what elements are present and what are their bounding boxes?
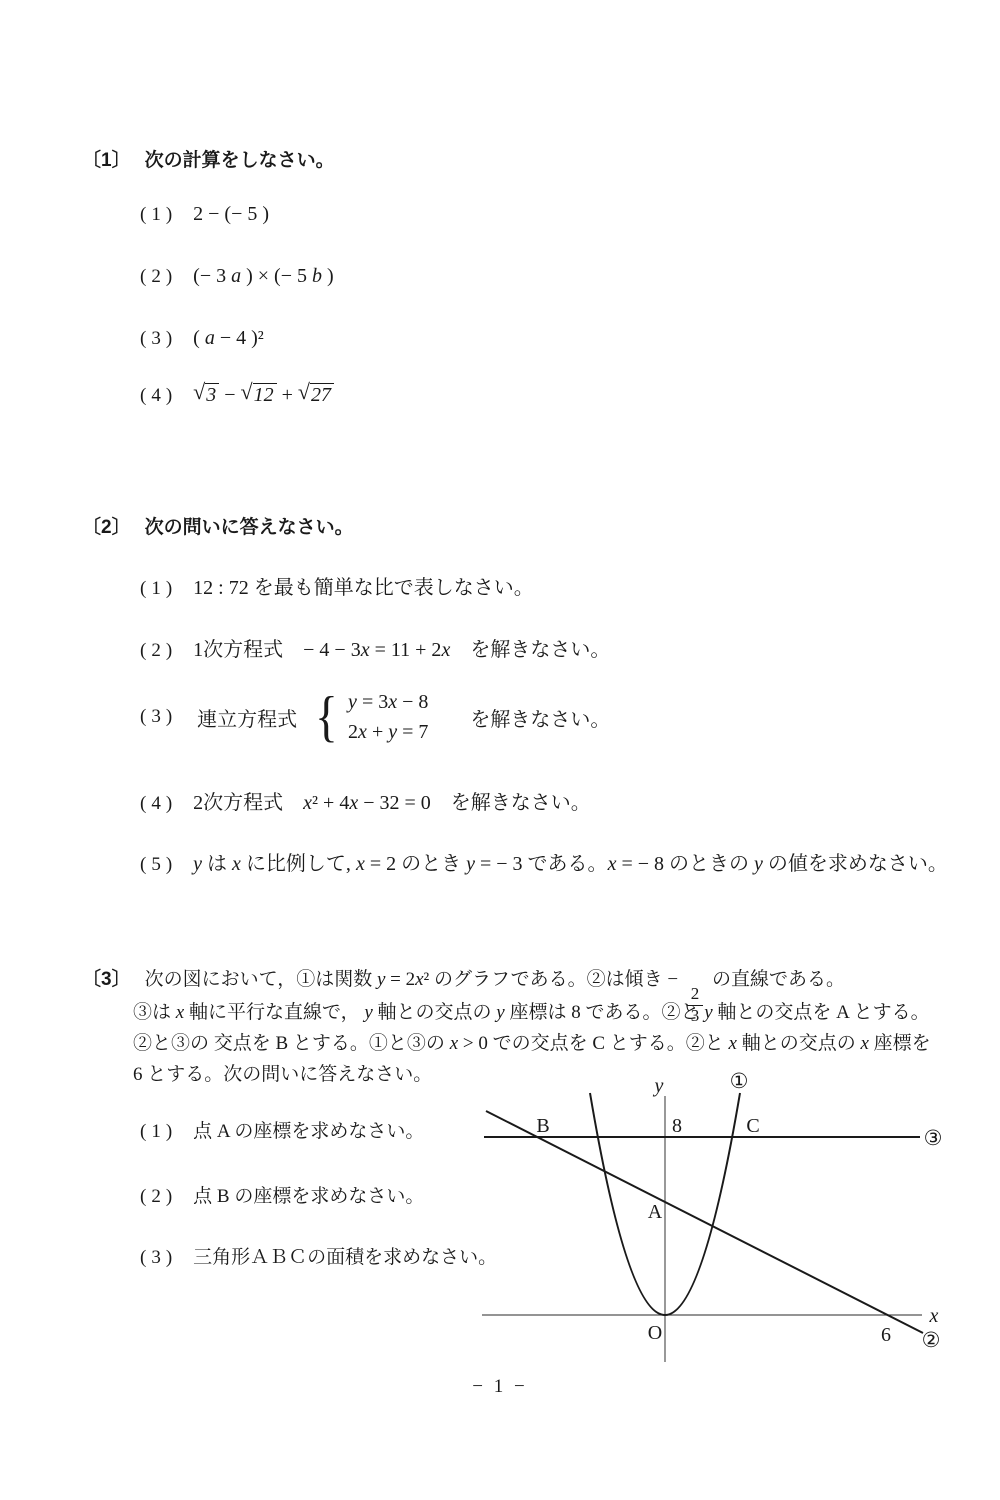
- item-marker: (3): [140, 328, 177, 350]
- s2-item-5: (5) y は x に比例して, x = 2 のとき y = − 3 である。x…: [140, 847, 948, 876]
- paragraph-text: 6 とする。次の問いに答えなさい。: [133, 1061, 432, 1089]
- question-text: y は x に比例して, x = 2 のとき y = − 3 である。x = −…: [193, 847, 948, 876]
- label-value-6: 6: [881, 1324, 891, 1346]
- item-marker: (5): [140, 854, 177, 876]
- s3-item-3: (3) 三角形ＡＢＣの面積を求めなさい。: [140, 1242, 497, 1269]
- s1-item-2: (2) (− 3 a ) × (− 5 b ): [140, 265, 334, 288]
- section-1-title: 次の計算をしなさい。: [145, 145, 335, 172]
- label-curve-1: ①: [730, 1070, 749, 1093]
- equation-system: y = 3x − 8 2x + y = 7: [348, 691, 428, 744]
- label-y-axis: y: [653, 1075, 664, 1097]
- question-text: 点 B の座標を求めなさい。: [193, 1181, 424, 1208]
- s1-item-4: (4) √3 − √12 + √27: [140, 383, 334, 407]
- equation-1: y = 3x − 8: [348, 691, 428, 714]
- question-text: 12 : 72 を最も簡単な比で表しなさい。: [193, 571, 534, 600]
- section-2-label: 〔2〕: [82, 512, 131, 539]
- label-point-c: C: [746, 1115, 759, 1137]
- item-marker: (3): [140, 1247, 177, 1269]
- section-3-line-4: 6 とする。次の問いに答えなさい。: [133, 1061, 432, 1089]
- item-marker: (4): [140, 385, 177, 407]
- section-3-line-2: ③は x 軸に平行な直線で， y 軸との交点の y 座標は 8 である。②と y…: [133, 999, 930, 1027]
- system-prefix: 連立方程式: [197, 703, 297, 732]
- line-2-slope: [486, 1111, 923, 1333]
- math-expression: √3 − √12 + √27: [193, 383, 334, 407]
- figure-graph: y x ① ② ③ B 8 C A O 6: [470, 1070, 960, 1370]
- item-marker: (1): [140, 1121, 177, 1143]
- section-1-heading: 〔1〕 次の計算をしなさい。: [82, 145, 335, 172]
- s3-item-1: (1) 点 A の座標を求めなさい。: [140, 1116, 424, 1143]
- s2-item-4: (4) 2次方程式 x² + 4x − 32 = 0 を解きなさい。: [140, 786, 591, 815]
- equation-2: 2x + y = 7: [348, 721, 428, 744]
- label-value-8: 8: [672, 1115, 682, 1137]
- section-3-line-3: ②と③の 交点を B とする。①と③の x > 0 での交点を C とする。②と…: [133, 1030, 931, 1058]
- question-text: 1次方程式 − 4 − 3x = 11 + 2x を解きなさい。: [193, 633, 610, 662]
- question-text: 点 A の座標を求めなさい。: [193, 1116, 424, 1143]
- math-expression: ( a − 4 )²: [193, 327, 264, 350]
- s2-item-2: (2) 1次方程式 − 4 − 3x = 11 + 2x を解きなさい。: [140, 633, 610, 662]
- math-expression: 2 − (− 5 ): [193, 203, 269, 226]
- item-marker: (2): [140, 640, 177, 662]
- exam-page: 〔1〕 次の計算をしなさい。 (1) 2 − (− 5 ) (2) (− 3 a…: [0, 0, 1000, 1500]
- section-1-label: 〔1〕: [82, 145, 131, 172]
- label-x-axis: x: [929, 1305, 939, 1327]
- label-line-2: ②: [922, 1328, 941, 1352]
- math-expression: (− 3 a ) × (− 5 b ): [193, 265, 334, 288]
- label-point-a: A: [648, 1201, 663, 1223]
- item-marker: (1): [140, 578, 177, 600]
- page-number: − 1 −: [0, 1376, 1000, 1398]
- system-brace: {: [315, 692, 338, 742]
- system-suffix: を解きなさい。: [470, 703, 610, 732]
- item-marker: (2): [140, 1186, 177, 1208]
- section-2-heading: 〔2〕 次の問いに答えなさい。: [82, 512, 354, 539]
- s2-item-1: (1) 12 : 72 を最も簡単な比で表しなさい。: [140, 571, 534, 600]
- paragraph-text: ③は x 軸に平行な直線で， y 軸との交点の y 座標は 8 である。②と y…: [133, 999, 930, 1027]
- question-text: 三角形ＡＢＣの面積を求めなさい。: [193, 1242, 497, 1269]
- label-line-3: ③: [924, 1126, 943, 1150]
- item-marker: (3): [140, 706, 177, 728]
- question-text: 2次方程式 x² + 4x − 32 = 0 を解きなさい。: [193, 786, 591, 815]
- s2-item-3: (3) 連立方程式 { y = 3x − 8 2x + y = 7 を解きなさい…: [140, 684, 610, 750]
- label-point-b: B: [536, 1115, 549, 1137]
- item-marker: (1): [140, 204, 177, 226]
- section-2-title: 次の問いに答えなさい。: [145, 512, 354, 539]
- section-3-label: 〔3〕: [82, 966, 131, 994]
- item-marker: (2): [140, 266, 177, 288]
- paragraph-text: ②と③の 交点を B とする。①と③の x > 0 での交点を C とする。②と…: [133, 1030, 931, 1058]
- label-origin: O: [648, 1322, 662, 1344]
- s1-item-1: (1) 2 − (− 5 ): [140, 203, 269, 226]
- s3-item-2: (2) 点 B の座標を求めなさい。: [140, 1181, 424, 1208]
- item-marker: (4): [140, 793, 177, 815]
- s1-item-3: (3) ( a − 4 )²: [140, 327, 264, 350]
